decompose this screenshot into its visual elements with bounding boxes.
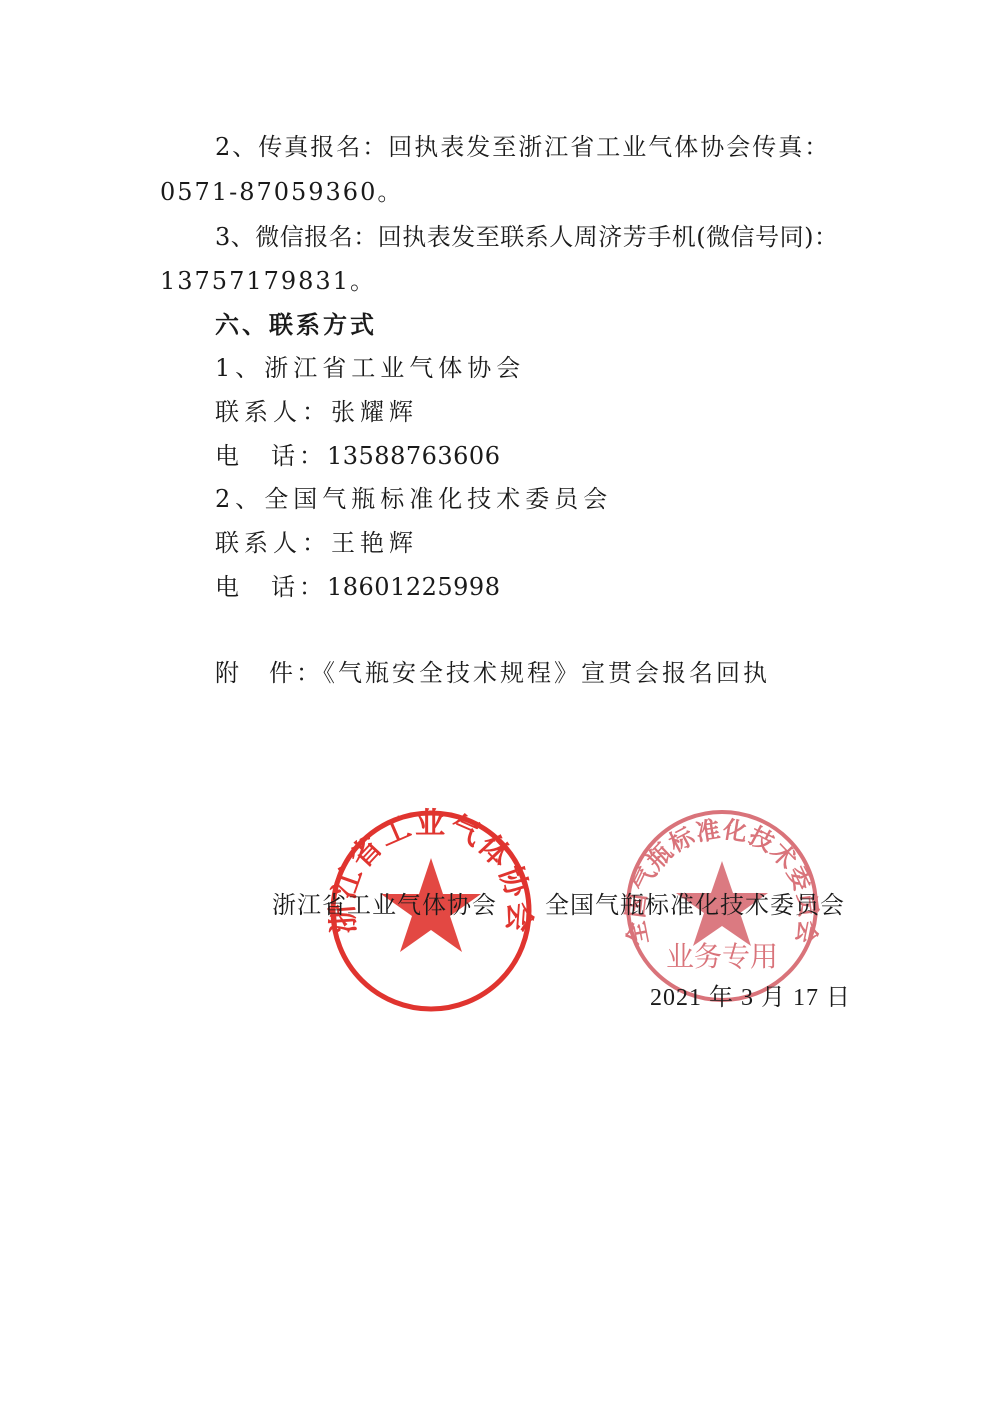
signature-org2: 全国气瓶标准化技术委员会	[545, 890, 845, 920]
wechat-registration-line1: 3、微信报名：回执表发至联系人周济芳手机(微信号同)：	[215, 222, 839, 252]
org2-phone-value: 18601225998	[327, 573, 500, 601]
org1-phone: 电 话：13588763606	[215, 441, 500, 471]
org2-contact: 联系人：王艳辉	[215, 528, 418, 558]
contact-section-heading: 六、联系方式	[215, 310, 377, 340]
org2-phone: 电 话：18601225998	[215, 572, 500, 602]
wechat-registration-line2: 13757179831。	[160, 266, 376, 296]
attachment-label: 附 件：	[215, 659, 323, 687]
svg-text:业务专用: 业务专用	[666, 940, 778, 973]
org2-contact-label: 联系人：	[215, 529, 331, 557]
org1-contact: 联系人：张耀辉	[215, 397, 418, 427]
org1-contact-label: 联系人：	[215, 398, 331, 426]
attachment-line: 附 件：《气瓶安全技术规程》宣贯会报名回执	[215, 658, 770, 688]
attachment-text: 《气瓶安全技术规程》宣贯会报名回执	[323, 659, 770, 687]
org1-phone-label: 电 话：	[215, 442, 327, 470]
fax-registration-line2: 0571-87059360。	[160, 177, 403, 207]
org2-phone-label: 电 话：	[215, 573, 327, 601]
org2-contact-name: 王艳辉	[331, 529, 418, 557]
org1-name: 1、浙江省工业气体协会	[215, 353, 525, 383]
signature-date: 2021 年 3 月 17 日	[650, 983, 851, 1013]
fax-registration-line1: 2、传真报名：回执表发至浙江省工业气体协会传真：	[215, 132, 830, 162]
signature-org1: 浙江省工业气体协会	[272, 890, 497, 920]
org1-phone-value: 13588763606	[327, 442, 500, 470]
org2-name: 2、全国气瓶标准化技术委员会	[215, 484, 612, 514]
org1-contact-name: 张耀辉	[331, 398, 418, 426]
